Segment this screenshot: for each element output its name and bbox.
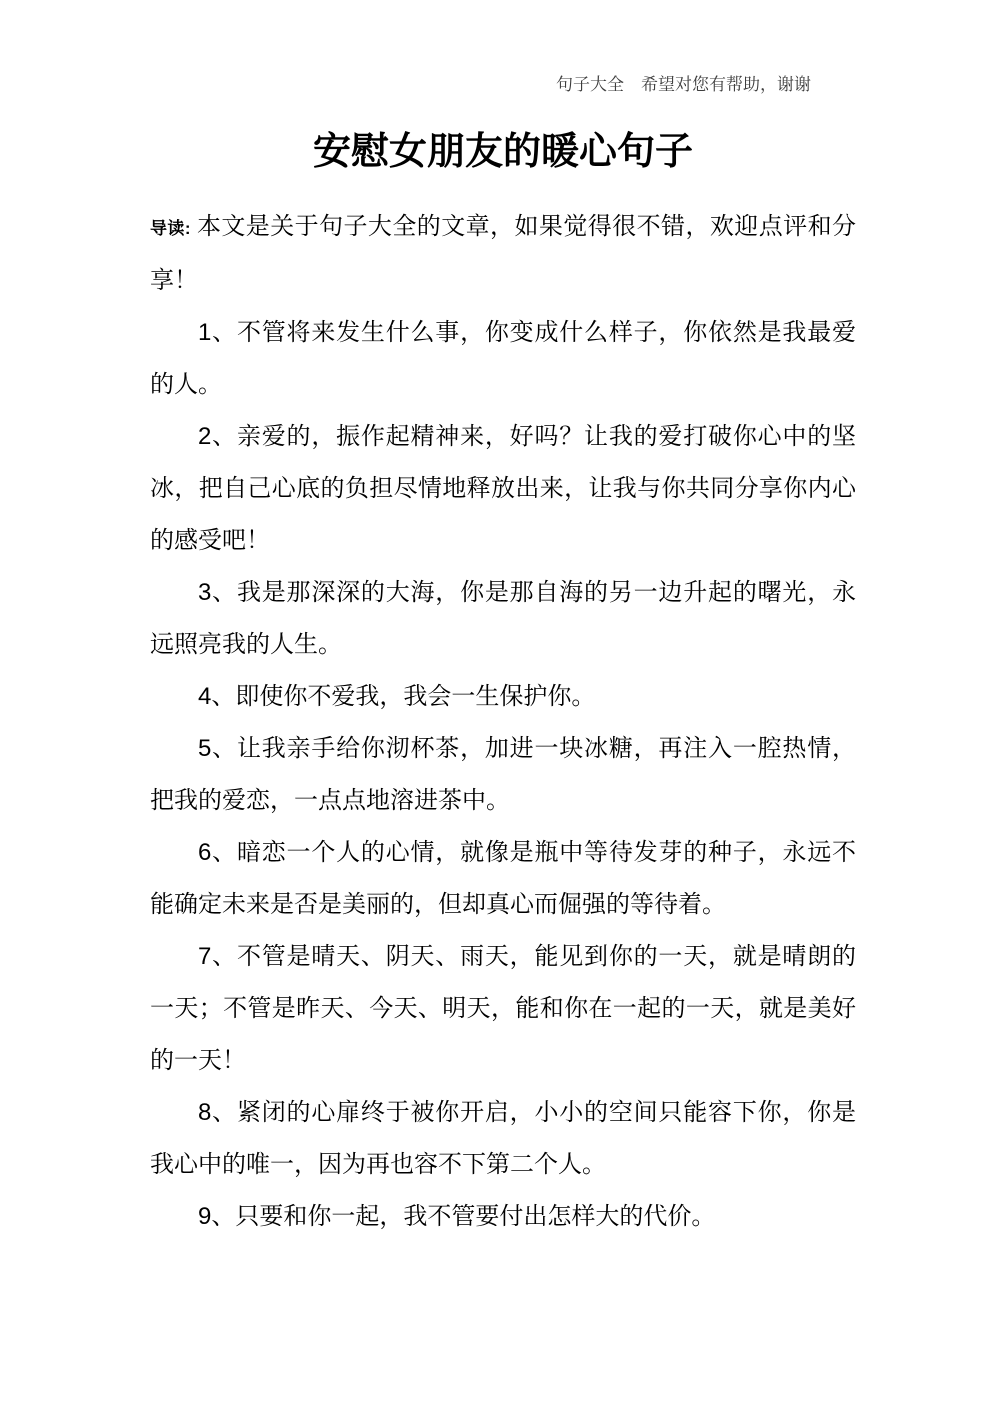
item-text: 紧闭的心扉终于被你开启，小小的空间只能容下你，你是我心中的唯一，因为再也容不下第… — [150, 1099, 856, 1178]
list-item: 5、让我亲手给你沏杯茶，加进一块冰糖，再注入一腔热情，把我的爱恋，一点点地溶进茶… — [150, 723, 856, 827]
item-text: 只要和你一起，我不管要付出怎样大的代价。 — [235, 1203, 715, 1230]
item-text: 不管将来发生什么事，你变成什么样子，你依然是我最爱的人。 — [150, 319, 856, 398]
item-number: 1、 — [198, 319, 237, 346]
list-item: 4、即使你不爱我，我会一生保护你。 — [150, 671, 856, 723]
document-body: 导读: 本文是关于句子大全的文章，如果觉得很不错，欢迎点评和分享！ 1、不管将来… — [150, 201, 856, 1243]
item-number: 9、 — [198, 1203, 235, 1230]
item-number: 5、 — [198, 735, 237, 762]
list-item: 7、不管是晴天、阴天、雨天，能见到你的一天，就是晴朗的一天；不管是昨天、今天、明… — [150, 931, 856, 1087]
list-item: 6、暗恋一个人的心情，就像是瓶中等待发芽的种子，永远不能确定未来是否是美丽的，但… — [150, 827, 856, 931]
document-page: 句子大全 希望对您有帮助，谢谢 安慰女朋友的暖心句子 导读: 本文是关于句子大全… — [0, 0, 993, 1404]
item-number: 6、 — [198, 839, 237, 866]
item-number: 7、 — [198, 943, 237, 970]
list-item: 2、亲爱的，振作起精神来，好吗？让我的爱打破你心中的坚冰，把自己心底的负担尽情地… — [150, 411, 856, 567]
page-title: 安慰女朋友的暖心句子 — [150, 128, 856, 176]
list-item: 3、我是那深深的大海，你是那自海的另一边升起的曙光，永远照亮我的人生。 — [150, 567, 856, 671]
list-item: 1、不管将来发生什么事，你变成什么样子，你依然是我最爱的人。 — [150, 307, 856, 411]
item-number: 2、 — [198, 423, 237, 450]
intro-text: 本文是关于句子大全的文章，如果觉得很不错，欢迎点评和分享！ — [150, 214, 856, 294]
intro-label: 导读: — [150, 219, 191, 238]
list-item: 9、只要和你一起，我不管要付出怎样大的代价。 — [150, 1191, 856, 1243]
item-number: 4、 — [198, 683, 235, 710]
page-header-text: 句子大全 希望对您有帮助，谢谢 — [0, 70, 811, 95]
item-text: 即使你不爱我，我会一生保护你。 — [235, 683, 595, 710]
item-text: 不管是晴天、阴天、雨天，能见到你的一天，就是晴朗的一天；不管是昨天、今天、明天，… — [150, 943, 856, 1074]
item-number: 3、 — [198, 579, 237, 606]
item-text: 亲爱的，振作起精神来，好吗？让我的爱打破你心中的坚冰，把自己心底的负担尽情地释放… — [150, 423, 856, 554]
item-text: 暗恋一个人的心情，就像是瓶中等待发芽的种子，永远不能确定未来是否是美丽的，但却真… — [150, 839, 856, 918]
list-item: 8、紧闭的心扉终于被你开启，小小的空间只能容下你，你是我心中的唯一，因为再也容不… — [150, 1087, 856, 1191]
item-text: 我是那深深的大海，你是那自海的另一边升起的曙光，永远照亮我的人生。 — [150, 579, 856, 658]
intro-paragraph: 导读: 本文是关于句子大全的文章，如果觉得很不错，欢迎点评和分享！ — [150, 201, 856, 307]
item-number: 8、 — [198, 1099, 237, 1126]
item-text: 让我亲手给你沏杯茶，加进一块冰糖，再注入一腔热情，把我的爱恋，一点点地溶进茶中。 — [150, 735, 856, 814]
